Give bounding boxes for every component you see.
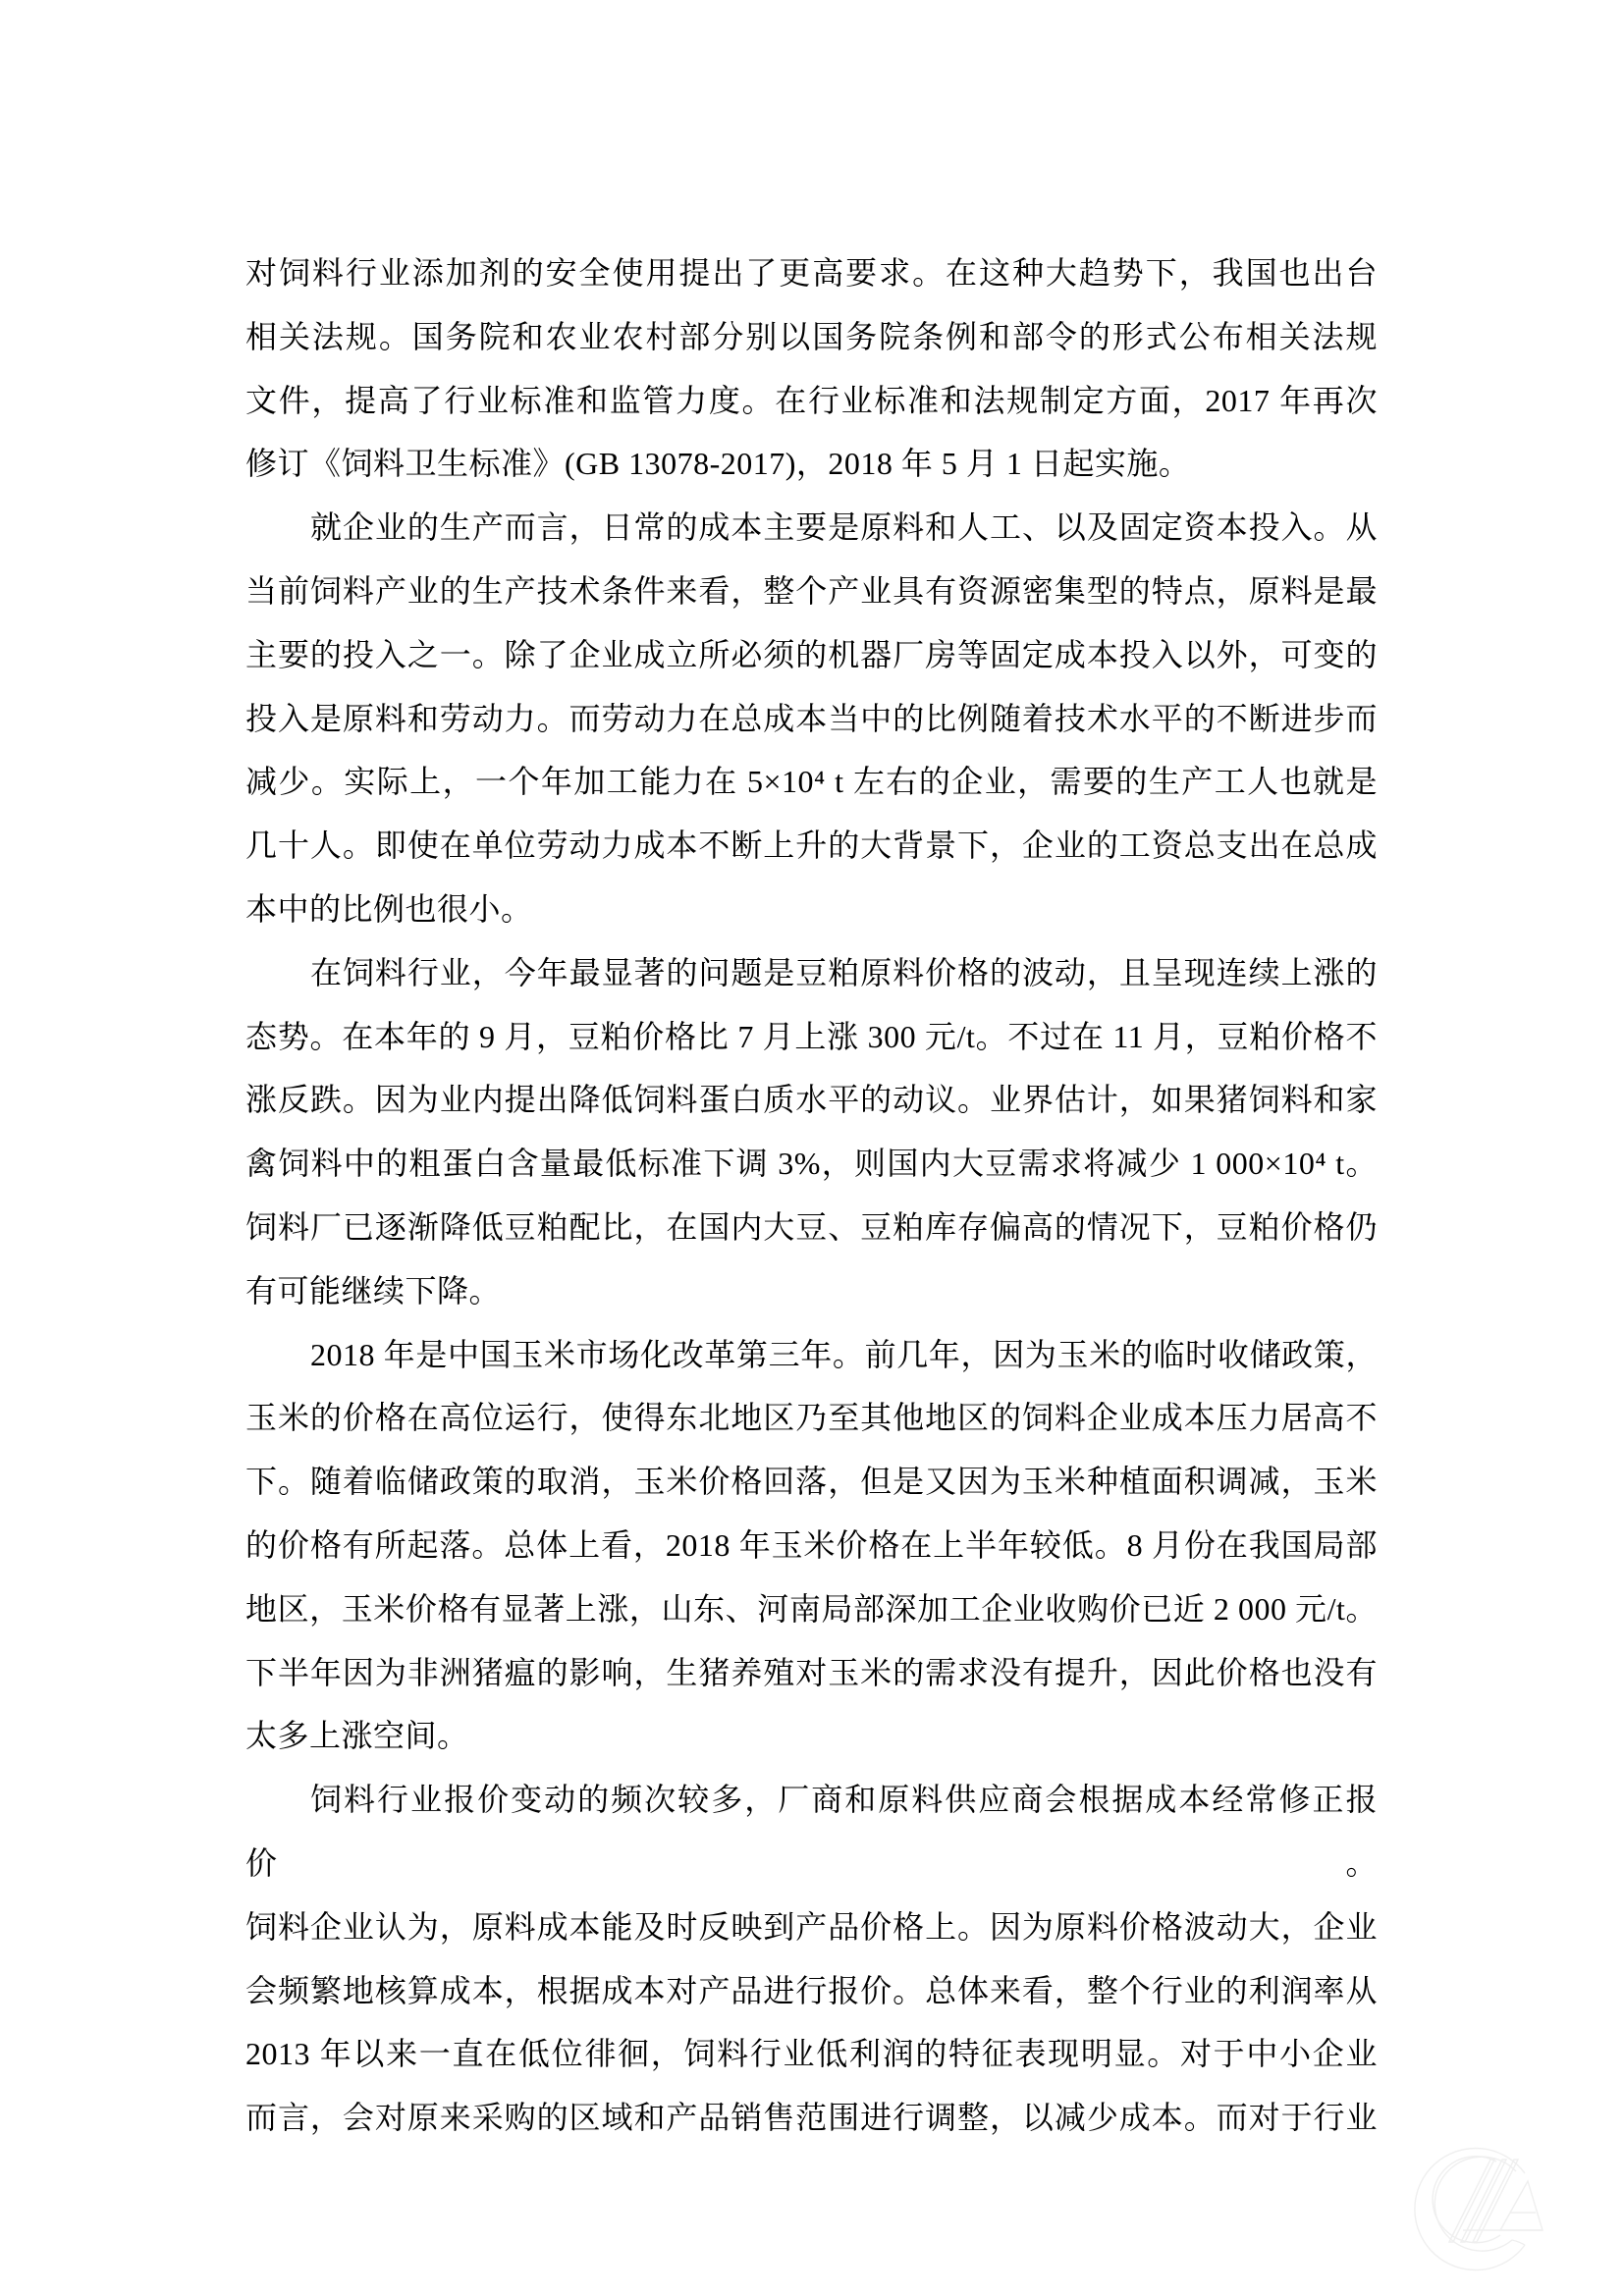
text-line: 有可能继续下降。: [245, 1259, 1378, 1323]
text-line: 会频繁地核算成本，根据成本对产品进行报价。总体来看，整个行业的利润率从: [245, 1959, 1378, 2023]
text-line: 态势。在本年的 9 月，豆粕价格比 7 月上涨 300 元/t。不过在 11 月…: [245, 1005, 1378, 1069]
publisher-logo-watermark: [1402, 2132, 1569, 2289]
text-line: 而言，会对原来采购的区域和产品销售范围进行调整，以减少成本。而对于行业: [245, 2086, 1378, 2150]
text-line: 的价格有所起落。总体上看，2018 年玉米价格在上半年较低。8 月份在我国局部: [245, 1514, 1378, 1577]
text-line: 在饲料行业，今年最显著的问题是豆粕原料价格的波动，且呈现连续上涨的: [245, 941, 1378, 1005]
text-line: 饲料厂已逐渐降低豆粕配比，在国内大豆、豆粕库存偏高的情况下，豆粕价格仍: [245, 1196, 1378, 1259]
paragraph: 在饲料行业，今年最显著的问题是豆粕原料价格的波动，且呈现连续上涨的态势。在本年的…: [245, 941, 1378, 1323]
text-line: 减少。实际上，一个年加工能力在 5×10⁴ t 左右的企业，需要的生产工人也就是: [245, 750, 1378, 814]
text-line: 相关法规。国务院和农业农村部分别以国务院条例和部令的形式公布相关法规: [245, 305, 1378, 369]
text-line: 饲料行业报价变动的频次较多，厂商和原料供应商会根据成本经常修正报价。: [245, 1768, 1378, 1896]
document-body: 对饲料行业添加剂的安全使用提出了更高要求。在这种大趋势下，我国也出台相关法规。国…: [245, 241, 1378, 2150]
text-line: 2013 年以来一直在低位徘徊，饲料行业低利润的特征表现明显。对于中小企业: [245, 2022, 1378, 2086]
text-line: 涨反跌。因为业内提出降低饲料蛋白质水平的动议。业界估计，如果猪饲料和家: [245, 1068, 1378, 1132]
text-line: 投入是原料和劳动力。而劳动力在总成本当中的比例随着技术水平的不断进步而: [245, 687, 1378, 751]
text-line: 修订《饲料卫生标准》(GB 13078-2017)，2018 年 5 月 1 日…: [245, 432, 1378, 496]
text-line: 主要的投入之一。除了企业成立所必须的机器厂房等固定成本投入以外，可变的: [245, 623, 1378, 687]
paragraph: 就企业的生产而言，日常的成本主要是原料和人工、以及固定资本投入。从当前饲料产业的…: [245, 496, 1378, 941]
text-line: 玉米的价格在高位运行，使得东北地区乃至其他地区的饲料企业成本压力居高不: [245, 1386, 1378, 1450]
paragraph: 2018 年是中国玉米市场化改革第三年。前几年，因为玉米的临时收储政策，玉米的价…: [245, 1323, 1378, 1769]
text-line: 下。随着临储政策的取消，玉米价格回落，但是又因为玉米种植面积调减，玉米: [245, 1450, 1378, 1514]
text-line: 饲料企业认为，原料成本能及时反映到产品价格上。因为原料价格波动大，企业: [245, 1896, 1378, 1959]
text-line: 就企业的生产而言，日常的成本主要是原料和人工、以及固定资本投入。从: [245, 496, 1378, 560]
paragraph: 对饲料行业添加剂的安全使用提出了更高要求。在这种大趋势下，我国也出台相关法规。国…: [245, 241, 1378, 496]
text-line: 文件，提高了行业标准和监管力度。在行业标准和法规制定方面，2017 年再次: [245, 369, 1378, 433]
document-page: 对饲料行业添加剂的安全使用提出了更高要求。在这种大趋势下，我国也出台相关法规。国…: [0, 0, 1624, 2296]
text-line: 本中的比例也很小。: [245, 878, 1378, 941]
text-line: 地区，玉米价格有显著上涨，山东、河南局部深加工企业收购价已近 2 000 元/t…: [245, 1577, 1378, 1641]
text-line: 几十人。即使在单位劳动力成本不断上升的大背景下，企业的工资总支出在总成: [245, 814, 1378, 878]
text-line: 禽饲料中的粗蛋白含量最低标准下调 3%，则国内大豆需求将减少 1 000×10⁴…: [245, 1132, 1378, 1196]
text-line: 下半年因为非洲猪瘟的影响，生猪养殖对玉米的需求没有提升，因此价格也没有: [245, 1641, 1378, 1705]
paragraph: 饲料行业报价变动的频次较多，厂商和原料供应商会根据成本经常修正报价。饲料企业认为…: [245, 1768, 1378, 2150]
text-line: 对饲料行业添加剂的安全使用提出了更高要求。在这种大趋势下，我国也出台: [245, 241, 1378, 305]
text-line: 当前饲料产业的生产技术条件来看，整个产业具有资源密集型的特点，原料是最: [245, 560, 1378, 623]
text-line: 2018 年是中国玉米市场化改革第三年。前几年，因为玉米的临时收储政策，: [245, 1323, 1378, 1387]
text-line: 太多上涨空间。: [245, 1704, 1378, 1768]
